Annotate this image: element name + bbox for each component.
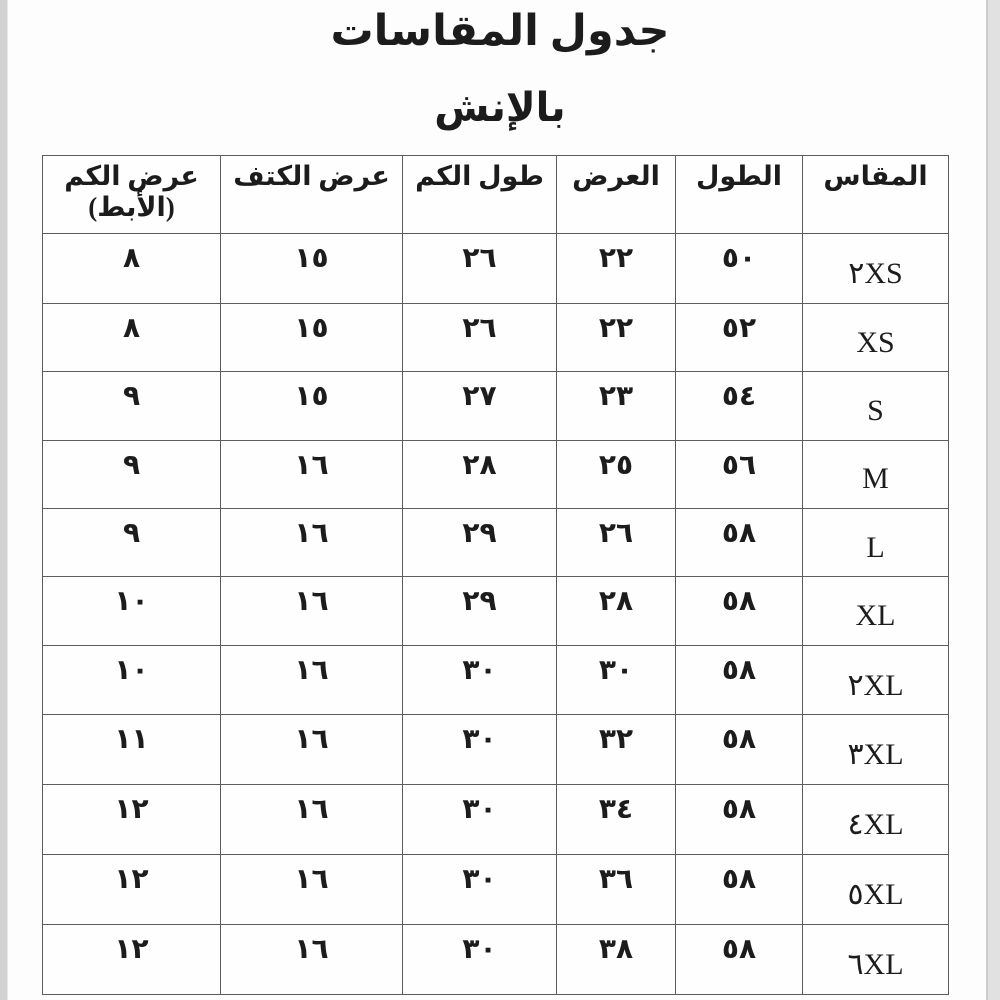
col-header-length: الطول bbox=[676, 156, 803, 234]
cell-length: ٥٠ bbox=[676, 234, 803, 304]
col-header-size: المقاس bbox=[803, 156, 949, 234]
cell-sleeve-width-armpit: ٩ bbox=[43, 372, 221, 440]
cell-width: ٢٢ bbox=[557, 303, 676, 371]
cell-sleeve-length: ٢٦ bbox=[403, 234, 557, 304]
cell-length: ٥٨ bbox=[676, 855, 803, 925]
cell-sleeve-width-armpit: ٨ bbox=[43, 303, 221, 371]
cell-sleeve-width-armpit: ٩ bbox=[43, 440, 221, 508]
cell-length: ٥٤ bbox=[676, 372, 803, 440]
table-row: ٦XL ٥٨ ٣٨ ٣٠ ١٦ ١٢ bbox=[43, 925, 949, 995]
col-header-shoulder-width: عرض الكتف bbox=[221, 156, 403, 234]
page-subtitle: بالإنش bbox=[0, 84, 1000, 131]
cell-length: ٥٦ bbox=[676, 440, 803, 508]
table-row: ٣XL ٥٨ ٣٢ ٣٠ ١٦ ١١ bbox=[43, 715, 949, 785]
cell-length: ٥٨ bbox=[676, 925, 803, 995]
table-row: XL ٥٨ ٢٨ ٢٩ ١٦ ١٠ bbox=[43, 577, 949, 645]
table-row: ٥XL ٥٨ ٣٦ ٣٠ ١٦ ١٢ bbox=[43, 855, 949, 925]
cell-shoulder-width: ١٥ bbox=[221, 303, 403, 371]
table-row: ٢XL ٥٨ ٣٠ ٣٠ ١٦ ١٠ bbox=[43, 645, 949, 715]
cell-size: ٥XL bbox=[803, 855, 949, 925]
cell-shoulder-width: ١٦ bbox=[221, 855, 403, 925]
cell-sleeve-length: ٢٩ bbox=[403, 508, 557, 576]
cell-shoulder-width: ١٦ bbox=[221, 785, 403, 855]
table-row: XS ٥٢ ٢٢ ٢٦ ١٥ ٨ bbox=[43, 303, 949, 371]
cell-size: ٣XL bbox=[803, 715, 949, 785]
cell-size: ٦XL bbox=[803, 925, 949, 995]
cell-sleeve-length: ٣٠ bbox=[403, 785, 557, 855]
cell-sleeve-length: ٣٠ bbox=[403, 855, 557, 925]
cell-width: ٣٦ bbox=[557, 855, 676, 925]
cell-sleeve-length: ٣٠ bbox=[403, 645, 557, 715]
page-edge-right bbox=[986, 0, 1000, 1000]
cell-sleeve-width-armpit: ١٢ bbox=[43, 925, 221, 995]
cell-sleeve-width-armpit: ٨ bbox=[43, 234, 221, 304]
cell-width: ٣٨ bbox=[557, 925, 676, 995]
cell-size: ٤XL bbox=[803, 785, 949, 855]
table-row: L ٥٨ ٢٦ ٢٩ ١٦ ٩ bbox=[43, 508, 949, 576]
table-row: S ٥٤ ٢٣ ٢٧ ١٥ ٩ bbox=[43, 372, 949, 440]
cell-width: ٣٠ bbox=[557, 645, 676, 715]
cell-size: M bbox=[803, 440, 949, 508]
cell-width: ٢٦ bbox=[557, 508, 676, 576]
cell-sleeve-length: ٣٠ bbox=[403, 925, 557, 995]
col-header-sleeve-length: طول الكم bbox=[403, 156, 557, 234]
page-title: جدول المقاسات bbox=[0, 6, 1000, 56]
cell-sleeve-width-armpit: ١٠ bbox=[43, 577, 221, 645]
cell-length: ٥٨ bbox=[676, 508, 803, 576]
cell-sleeve-length: ٢٦ bbox=[403, 303, 557, 371]
cell-sleeve-length: ٣٠ bbox=[403, 715, 557, 785]
table-row: ٢XS ٥٠ ٢٢ ٢٦ ١٥ ٨ bbox=[43, 234, 949, 304]
cell-shoulder-width: ١٥ bbox=[221, 372, 403, 440]
cell-size: XL bbox=[803, 577, 949, 645]
cell-shoulder-width: ١٦ bbox=[221, 925, 403, 995]
cell-size: L bbox=[803, 508, 949, 576]
cell-size: ٢XL bbox=[803, 645, 949, 715]
cell-sleeve-width-armpit: ١٢ bbox=[43, 785, 221, 855]
header-row: المقاس الطول العرض طول الكم عرض الكتف عر… bbox=[43, 156, 949, 234]
cell-sleeve-width-armpit: ٩ bbox=[43, 508, 221, 576]
cell-length: ٥٨ bbox=[676, 715, 803, 785]
cell-size: ٢XS bbox=[803, 234, 949, 304]
cell-shoulder-width: ١٦ bbox=[221, 577, 403, 645]
cell-length: ٥٨ bbox=[676, 577, 803, 645]
table-row: M ٥٦ ٢٥ ٢٨ ١٦ ٩ bbox=[43, 440, 949, 508]
cell-width: ٢٥ bbox=[557, 440, 676, 508]
cell-sleeve-length: ٢٩ bbox=[403, 577, 557, 645]
cell-size: XS bbox=[803, 303, 949, 371]
cell-sleeve-width-armpit: ١٠ bbox=[43, 645, 221, 715]
cell-length: ٥٨ bbox=[676, 785, 803, 855]
table-row: ٤XL ٥٨ ٣٤ ٣٠ ١٦ ١٢ bbox=[43, 785, 949, 855]
cell-width: ٢٢ bbox=[557, 234, 676, 304]
cell-sleeve-width-armpit: ١٢ bbox=[43, 855, 221, 925]
cell-shoulder-width: ١٦ bbox=[221, 508, 403, 576]
col-header-width: العرض bbox=[557, 156, 676, 234]
size-chart-table: المقاس الطول العرض طول الكم عرض الكتف عر… bbox=[42, 155, 949, 995]
cell-width: ٣٢ bbox=[557, 715, 676, 785]
cell-shoulder-width: ١٦ bbox=[221, 715, 403, 785]
cell-sleeve-width-armpit: ١١ bbox=[43, 715, 221, 785]
cell-length: ٥٨ bbox=[676, 645, 803, 715]
cell-sleeve-length: ٢٨ bbox=[403, 440, 557, 508]
col-header-sleeve-width-armpit: عرض الكم (الأبط) bbox=[43, 156, 221, 234]
cell-width: ٢٣ bbox=[557, 372, 676, 440]
cell-width: ٣٤ bbox=[557, 785, 676, 855]
page-edge-left bbox=[0, 0, 8, 1000]
cell-length: ٥٢ bbox=[676, 303, 803, 371]
cell-shoulder-width: ١٦ bbox=[221, 440, 403, 508]
cell-shoulder-width: ١٥ bbox=[221, 234, 403, 304]
cell-shoulder-width: ١٦ bbox=[221, 645, 403, 715]
cell-sleeve-length: ٢٧ bbox=[403, 372, 557, 440]
cell-size: S bbox=[803, 372, 949, 440]
cell-width: ٢٨ bbox=[557, 577, 676, 645]
